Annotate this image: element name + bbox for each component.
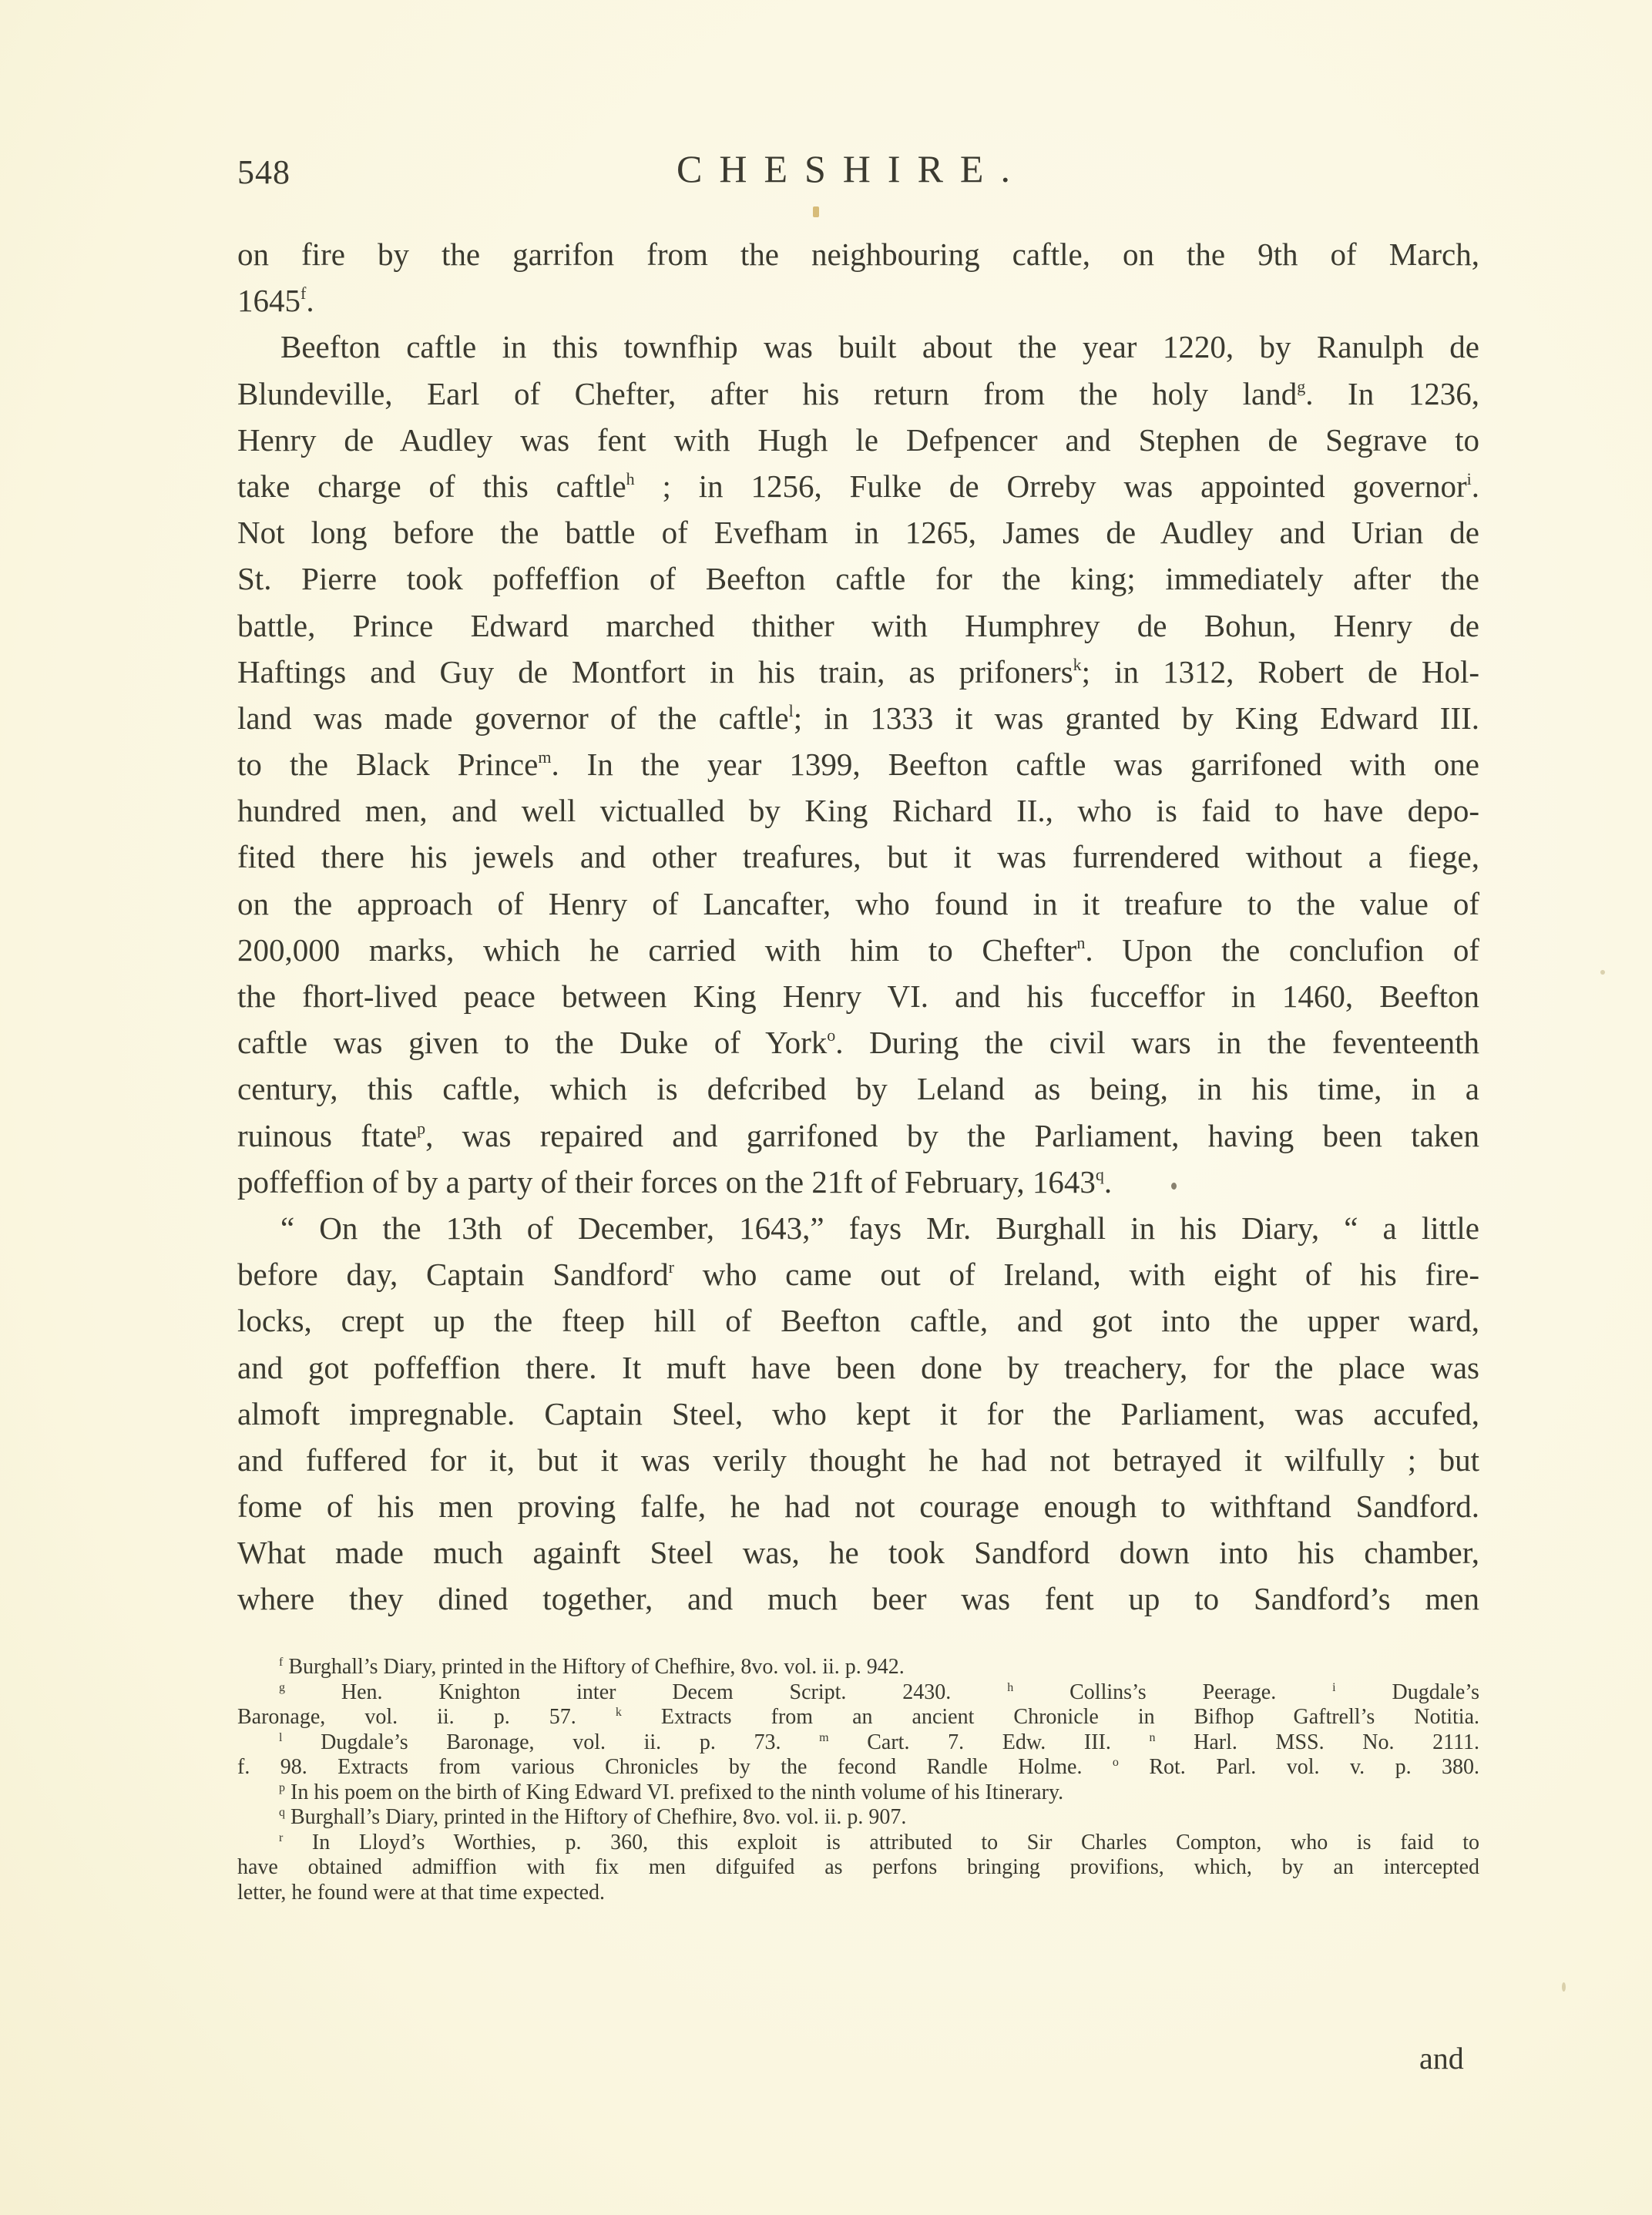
text-line: 1645f. (237, 277, 1479, 324)
footnote-ref: n (1076, 933, 1085, 952)
text-line: land was made governor of the caftlel; i… (237, 695, 1479, 741)
line-text: 1645 (237, 283, 301, 318)
line-text: poffeffion of by a party of their forces… (237, 1164, 1096, 1200)
line-text: . In 1236, (1305, 376, 1479, 411)
line-text: take charge of this caftle (237, 468, 626, 504)
footnotes: f Burghall’s Diary, printed in the Hifto… (237, 1655, 1479, 1905)
footnote-ref: p (417, 1119, 425, 1138)
footnote-ref: k (1073, 655, 1082, 674)
footnote-marker: n (1150, 1731, 1156, 1744)
text-line: the fhort-lived peace between King Henry… (237, 973, 1479, 1019)
line-text: What made much againft Steel was, he too… (237, 1535, 1479, 1570)
footnote-line: p In his poem on the birth of King Edwar… (237, 1780, 1479, 1806)
footnote-ref: g (1297, 377, 1305, 396)
line-text: “ On the 13th of December, 1643,” fays M… (280, 1210, 1479, 1246)
text-line: almoft impregnable. Captain Steel, who k… (237, 1391, 1479, 1437)
body-text: on fire by the garrifon from the neighbo… (237, 231, 1479, 1623)
footnote-marker: o (1113, 1756, 1119, 1769)
footnote-line: q Burghall’s Diary, printed in the Hifto… (237, 1805, 1479, 1831)
text-line: century, this caftle, which is defcribed… (237, 1066, 1479, 1112)
text-line: where they dined together, and much beer… (237, 1576, 1479, 1622)
text-line: ruinous ftatep, was repaired and garrifo… (237, 1113, 1479, 1159)
line-text: . (1104, 1164, 1112, 1200)
footnote-text: Burghall’s Diary, printed in the Hiftory… (283, 1655, 904, 1679)
text-line: and fuffered for it, but it was verily t… (237, 1437, 1479, 1483)
footnote-line: f. 98. Extracts from various Chronicles … (237, 1755, 1479, 1780)
footnote-ref: o (827, 1025, 835, 1045)
footnote-marker: p (279, 1781, 285, 1794)
footnote-text: letter, he found were at that time expec… (237, 1881, 605, 1905)
line-text: to the Black Prince (237, 747, 538, 782)
footnote-marker: m (819, 1731, 828, 1744)
footnote-line: g Hen. Knighton inter Decem Script. 2430… (237, 1680, 1479, 1706)
footnote-text: Dugdale’s (1336, 1680, 1479, 1704)
footnote-text: Extracts from an ancient Chronicle in Bi… (622, 1705, 1479, 1729)
line-text: . (306, 283, 314, 318)
running-head: 548 CHESHIRE. (237, 146, 1479, 200)
line-text: who came out of Ireland, with eight of h… (674, 1257, 1479, 1292)
text-line: caftle was given to the Duke of Yorko. D… (237, 1019, 1479, 1066)
line-text: . During the civil wars in the feventeen… (835, 1025, 1479, 1060)
line-text: the fhort-lived peace between King Henry… (237, 978, 1479, 1014)
text-line: locks, crept up the fteep hill of Beefto… (237, 1297, 1479, 1344)
page-number: 548 (237, 153, 290, 192)
text-line: on fire by the garrifon from the neighbo… (237, 231, 1479, 277)
text-line: Henry de Audley was fent with Hugh le De… (237, 417, 1479, 463)
text-line: Haftings and Guy de Montfort in his trai… (237, 649, 1479, 695)
footnote-ref: h (626, 469, 635, 488)
line-text: Not long before the battle of Evefham in… (237, 515, 1479, 550)
paper-speck (1171, 1183, 1177, 1190)
text-line: to the Black Princem. In the year 1399, … (237, 741, 1479, 787)
text-line: fited there his jewels and other treafur… (237, 834, 1479, 880)
footnote-ref: m (538, 747, 551, 767)
line-text: . In the year 1399, Beefton caftle was g… (551, 747, 1479, 782)
line-text: Haftings and Guy de Montfort in his trai… (237, 654, 1073, 690)
text-line: St. Pierre took poffeffion of Beefton ca… (237, 555, 1479, 602)
footnote-text: Burghall’s Diary, printed in the Hiftory… (285, 1805, 906, 1829)
footnote-text: In his poem on the birth of King Edward … (285, 1780, 1063, 1804)
book-page: 548 CHESHIRE. on fire by the garrifon fr… (0, 0, 1652, 2215)
text-line: Not long before the battle of Evefham in… (237, 509, 1479, 555)
line-text: Beefton caftle in this townfhip was buil… (280, 329, 1479, 364)
line-text: before day, Captain Sandford (237, 1257, 669, 1292)
line-text: caftle was given to the Duke of York (237, 1025, 827, 1060)
line-text: . (1472, 468, 1479, 504)
footnote-ref: q (1096, 1165, 1104, 1184)
line-text: almoft impregnable. Captain Steel, who k… (237, 1396, 1479, 1431)
paper-speck (1562, 1982, 1566, 1992)
footnote-marker: q (279, 1806, 285, 1819)
footnote-text: In Lloyd’s Worthies, p. 360, this exploi… (283, 1831, 1479, 1854)
line-text: , was repaired and garrifoned by the Par… (425, 1118, 1479, 1153)
text-line: What made much againft Steel was, he too… (237, 1529, 1479, 1576)
paper-speck (813, 206, 819, 217)
paper-speck (1600, 970, 1605, 975)
text-line: fome of his men proving falfe, he had no… (237, 1483, 1479, 1529)
line-text: where they dined together, and much beer… (237, 1581, 1479, 1616)
footnote-line: r In Lloyd’s Worthies, p. 360, this expl… (237, 1831, 1479, 1856)
footnote-line: f Burghall’s Diary, printed in the Hifto… (237, 1655, 1479, 1680)
line-text: hundred men, and well victualled by King… (237, 793, 1479, 828)
text-line: and got poffeffion there. It muft have b… (237, 1344, 1479, 1391)
line-text: land was made governor of the caftle (237, 700, 789, 736)
line-text: Blundeville, Earl of Chefter, after his … (237, 376, 1297, 411)
text-line: “ On the 13th of December, 1643,” fays M… (237, 1205, 1479, 1251)
line-text: St. Pierre took poffeffion of Beefton ca… (237, 561, 1479, 596)
text-line: battle, Prince Edward marched thither wi… (237, 602, 1479, 649)
footnote-text: Collins’s Peerage. (1013, 1680, 1276, 1704)
text-line: on the approach of Henry of Lancafter, w… (237, 881, 1479, 927)
line-text: battle, Prince Edward marched thither wi… (237, 608, 1479, 643)
footnote-text: Dugdale’s Baronage, vol. ii. p. 73. (282, 1730, 781, 1754)
line-text: ; in 1256, Fulke de Orreby was appointed… (635, 468, 1467, 504)
footnote-text: f. 98. Extracts from various Chronicles … (237, 1755, 1082, 1779)
line-text: ; in 1333 it was granted by King Edward … (794, 700, 1479, 736)
line-text: fited there his jewels and other treafur… (237, 839, 1479, 874)
line-text: . Upon the conclufion of (1085, 932, 1479, 968)
footnote-ref: r (669, 1257, 674, 1277)
line-text: Henry de Audley was fent with Hugh le De… (237, 422, 1479, 458)
text-line: hundred men, and well victualled by King… (237, 787, 1479, 834)
page-title: CHESHIRE. (677, 146, 1027, 191)
footnote-line: Baronage, vol. ii. p. 57. k Extracts fro… (237, 1705, 1479, 1730)
line-text: fome of his men proving falfe, he had no… (237, 1488, 1479, 1524)
line-text: locks, crept up the fteep hill of Beefto… (237, 1303, 1479, 1338)
footnote-text: Rot. Parl. vol. v. p. 380. (1119, 1755, 1479, 1779)
text-line: take charge of this caftleh ; in 1256, F… (237, 463, 1479, 509)
footnote-line: letter, he found were at that time expec… (237, 1881, 1479, 1906)
footnote-marker: k (616, 1706, 622, 1719)
text-line: Beefton caftle in this townfhip was buil… (237, 324, 1479, 370)
footnote-line: have obtained admiffion with fix men dif… (237, 1855, 1479, 1881)
footnote-line: l Dugdale’s Baronage, vol. ii. p. 73. m … (237, 1730, 1479, 1756)
text-line: 200,000 marks, which he carried with him… (237, 927, 1479, 973)
line-text: on the approach of Henry of Lancafter, w… (237, 886, 1479, 921)
text-line: before day, Captain Sandfordr who came o… (237, 1251, 1479, 1297)
line-text: ; in 1312, Robert de Hol- (1082, 654, 1479, 690)
text-line: poffeffion of by a party of their forces… (237, 1159, 1479, 1205)
footnote-text: Cart. 7. Edw. III. (829, 1730, 1111, 1754)
line-text: 200,000 marks, which he carried with him… (237, 932, 1076, 968)
line-text: and got poffeffion there. It muft have b… (237, 1350, 1479, 1385)
footnote-text: have obtained admiffion with fix men dif… (237, 1855, 1479, 1879)
text-line: Blundeville, Earl of Chefter, after his … (237, 371, 1479, 417)
catchword: and (1419, 2040, 1464, 2076)
line-text: ruinous ftate (237, 1118, 417, 1153)
footnote-text: Harl. MSS. No. 2111. (1156, 1730, 1480, 1754)
line-text: on fire by the garrifon from the neighbo… (237, 237, 1479, 272)
line-text: and fuffered for it, but it was verily t… (237, 1442, 1479, 1478)
footnote-text: Baronage, vol. ii. p. 57. (237, 1705, 576, 1729)
footnote-marker: g (279, 1681, 285, 1694)
line-text: century, this caftle, which is defcribed… (237, 1071, 1479, 1106)
footnote-text: Hen. Knighton inter Decem Script. 2430. (285, 1680, 951, 1704)
